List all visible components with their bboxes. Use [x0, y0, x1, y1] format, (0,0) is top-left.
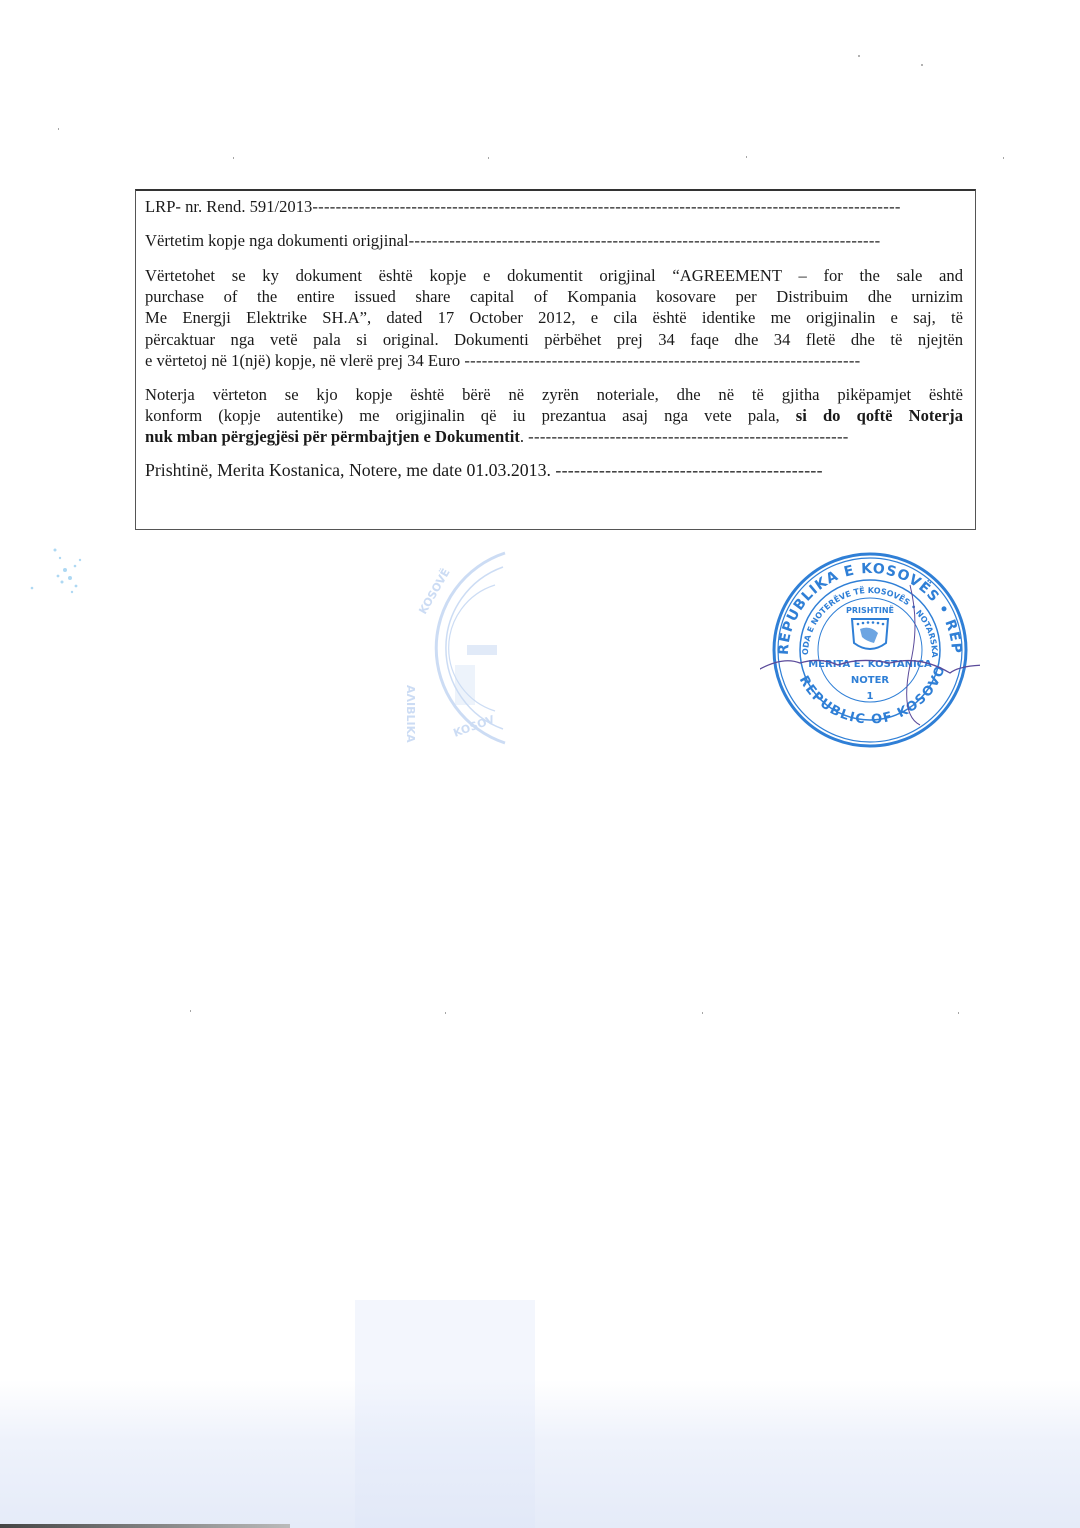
- place-date-text: Prishtinë, Merita Kostanica, Notere, me …: [145, 460, 555, 480]
- copy-fee-text: e vërtetoj në 1(një) kopje, në vlerë pre…: [145, 351, 460, 370]
- certification-title-text: Vërtetim kopje nga dokumenti origjinal: [145, 231, 409, 250]
- svg-text:REPUBLIKA E KOSOVËS • REPUBLIK: REPUBLIKA E KOSOVËS • REPUBLIKA: [760, 545, 964, 655]
- dash-filler: ----------------------------------------…: [464, 351, 860, 370]
- scan-speck: [958, 1012, 959, 1014]
- svg-text:NOTER: NOTER: [851, 675, 890, 686]
- paragraph-line: purchase of the entire issued share capi…: [145, 286, 963, 307]
- paragraph-line: konform (kopje autentike) me origjinalin…: [145, 405, 963, 426]
- scan-speck: [921, 64, 923, 66]
- paragraph-line: e vërtetoj në 1(një) kopje, në vlerë pre…: [145, 350, 963, 371]
- dash-filler: ----------------------------------------…: [555, 460, 823, 480]
- paragraph-line: Vërtetohet se ky dokument është kopje e …: [145, 265, 963, 286]
- faint-seal-impression: KOSOVË ΑΛIΒLIKA KOSOV: [395, 545, 520, 750]
- notary-seal: REPUBLIKA E KOSOVËS • REPUBLIKA REPUBLIC…: [760, 545, 980, 750]
- punctuation: .: [520, 427, 528, 446]
- svg-text:KOSOVË: KOSOVË: [415, 566, 452, 617]
- certification-paragraph: Vërtetohet se ky dokument është kopje e …: [145, 265, 963, 371]
- disclaimer-text: konform (kopje autentike) me origjinalin…: [145, 406, 796, 425]
- scan-speck: [702, 1012, 703, 1014]
- ink-smudge: [10, 530, 130, 610]
- svg-text:ΑΛIΒLIKA: ΑΛIΒLIKA: [404, 685, 417, 743]
- svg-text:1: 1: [867, 691, 874, 702]
- scan-speck: [58, 128, 59, 130]
- seal-outer-text: REPUBLIKA E KOSOVËS • REPUBLIKA: [760, 545, 964, 655]
- scan-speck: [445, 1012, 446, 1014]
- disclaimer-paragraph: Noterja vërteton se kjo kopje është bërë…: [145, 384, 963, 448]
- scan-speck: [858, 55, 860, 57]
- scan-speck: [488, 157, 489, 159]
- reference-line: LRP- nr. Rend. 591/2013-----------------…: [145, 196, 963, 218]
- scan-tint: [0, 1380, 1080, 1528]
- paragraph-line: Noterja vërteton se kjo kopje është bërë…: [145, 384, 963, 405]
- svg-text:PRISHTINË: PRISHTINË: [846, 605, 894, 615]
- disclaimer-bold: nuk mban përgjegjësi për përmbajtjen e D…: [145, 427, 520, 446]
- dash-filler: ----------------------------------------…: [312, 197, 900, 216]
- scan-edge: [0, 1524, 290, 1528]
- paragraph-line: nuk mban përgjegjësi për përmbajtjen e D…: [145, 426, 963, 447]
- scan-speck: [233, 157, 234, 159]
- disclaimer-bold: si do qoftë Noterja: [796, 406, 963, 425]
- paragraph-line: Me Energji Elektrike SH.A”, dated 17 Oct…: [145, 307, 963, 328]
- dash-filler: ----------------------------------------…: [409, 231, 881, 250]
- place-date-line: Prishtinë, Merita Kostanica, Notere, me …: [145, 458, 963, 482]
- paragraph-line: përcaktuar nga vetë pala si original. Do…: [145, 329, 963, 350]
- scan-speck: [1003, 157, 1004, 159]
- certification-title: Vërtetim kopje nga dokumenti origjinal--…: [145, 230, 963, 252]
- dash-filler: ----------------------------------------…: [528, 427, 848, 446]
- notary-certification-box: LRP- nr. Rend. 591/2013-----------------…: [135, 189, 976, 530]
- svg-text:ODA E NOTERËVE TË KOSOVËS • NO: ODA E NOTERËVE TË KOSOVËS • NOTARSKA: [801, 585, 939, 658]
- reference-number: LRP- nr. Rend. 591/2013: [145, 197, 312, 216]
- scan-speck: [190, 1010, 191, 1012]
- scan-speck: [746, 156, 747, 158]
